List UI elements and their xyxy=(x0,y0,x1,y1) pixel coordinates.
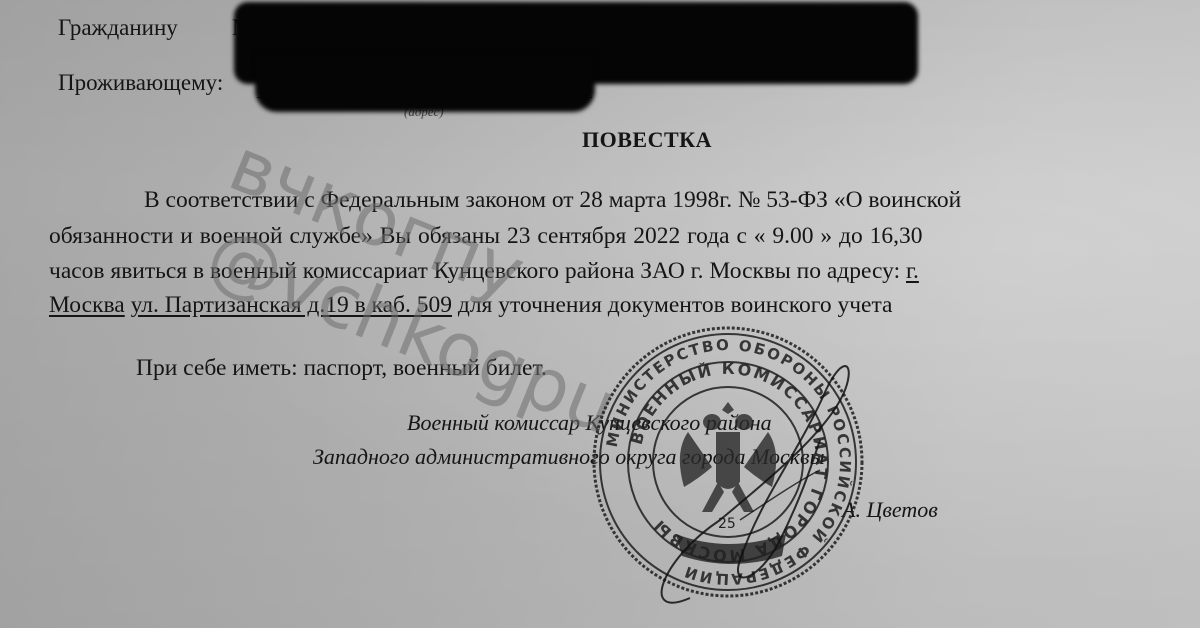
body-line-4: Москва ул. Партизанская д.19 в каб. 509 … xyxy=(49,292,892,319)
watermark-line-1: вчкогпу xyxy=(218,122,536,317)
address-city-prefix: г. xyxy=(906,258,919,284)
official-stamp: МИНИСТЕРСТВО ОБОРОНЫ РОССИЙСКОЙ ФЕДЕРАЦИ… xyxy=(588,322,868,602)
resident-label: Проживающему: xyxy=(58,70,223,96)
redaction-address xyxy=(255,52,595,112)
body-line-4-rest: для уточнения документов воинского учета xyxy=(452,292,892,318)
body-line-3: часов явиться в военный комиссариат Кунц… xyxy=(49,258,919,285)
body-line-3-main: часов явиться в военный комиссариат Кунц… xyxy=(49,258,906,284)
double-headed-eagle-icon xyxy=(680,402,776,512)
citizen-label: Гражданину xyxy=(58,15,178,41)
address-street-room: ул. Партизанская д.19 в каб. 509 xyxy=(131,292,452,318)
document-title: ПОВЕСТКА xyxy=(582,127,712,153)
body-line-2: обязанности и военной службе» Вы обязаны… xyxy=(49,223,922,250)
stamp-number: 25 xyxy=(718,516,736,532)
address-city: Москва xyxy=(49,292,125,318)
body-line-1: В соответствии с Федеральным законом от … xyxy=(144,187,961,214)
bring-documents: При себе иметь: паспорт, военный билет. xyxy=(136,355,547,382)
